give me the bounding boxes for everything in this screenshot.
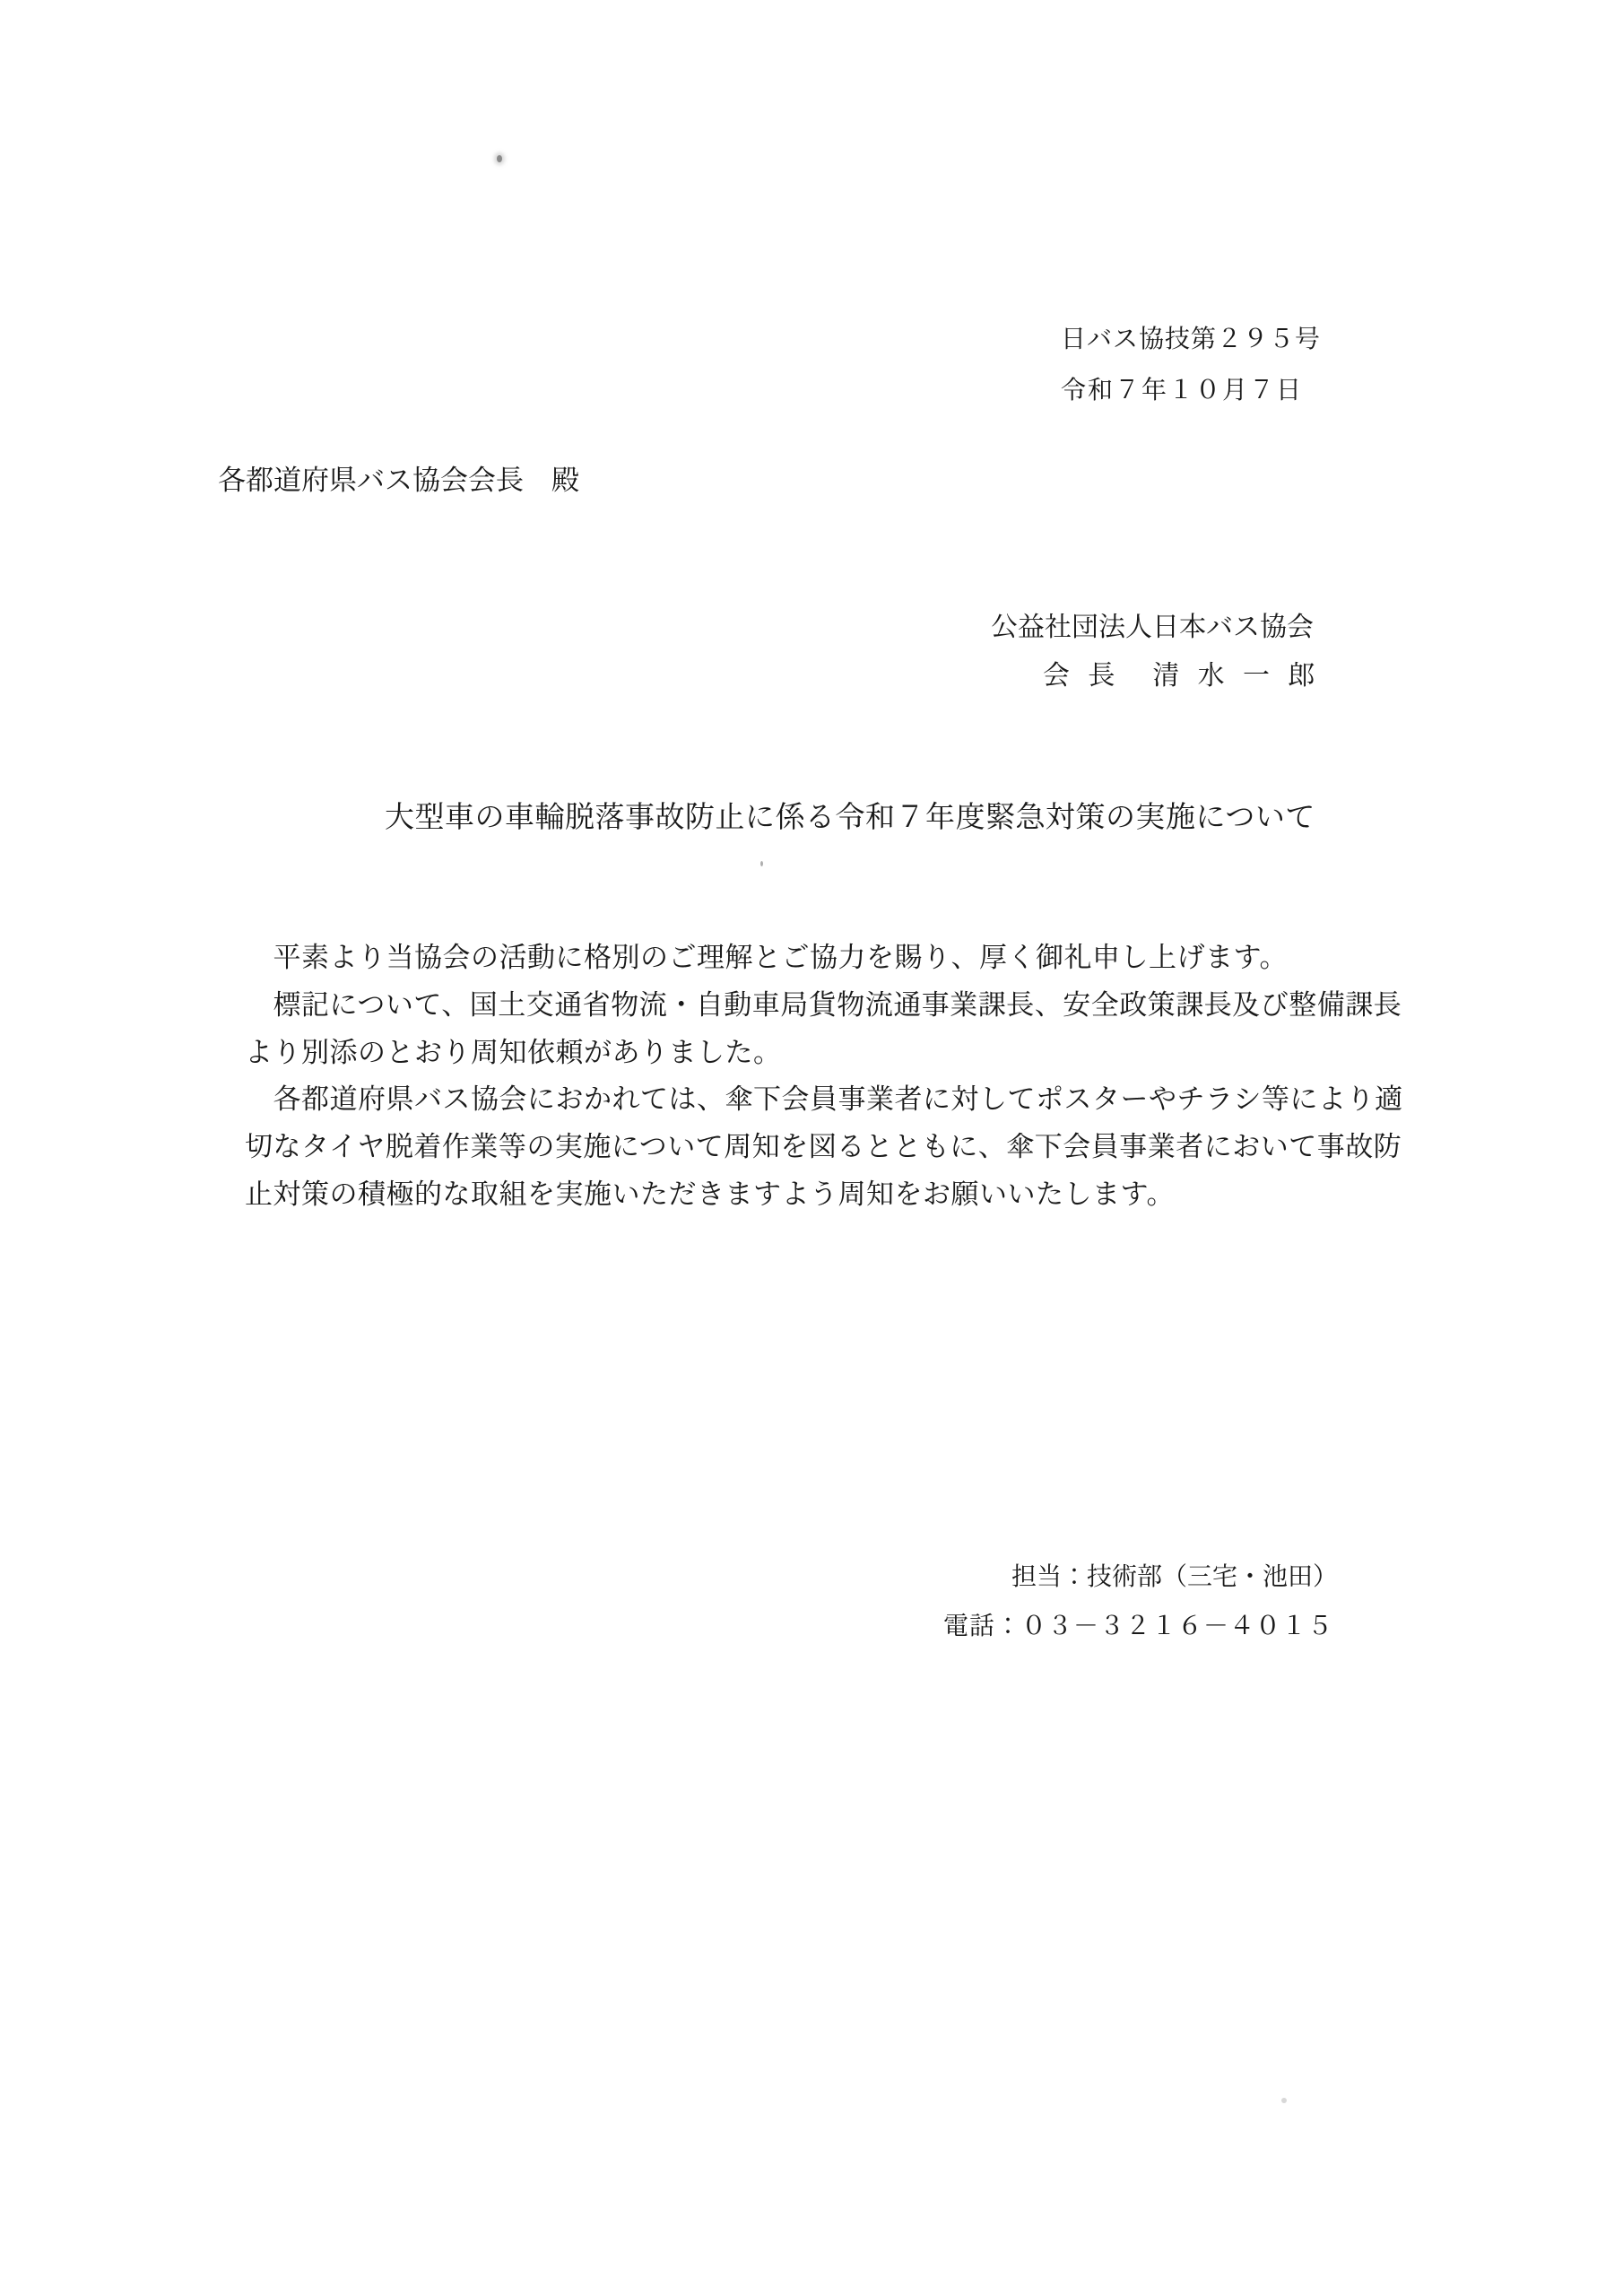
scan-artifact (497, 155, 502, 162)
body-line: 止対策の積極的な取組を実施いただきますよう周知をお願いいたします。 (245, 1171, 1403, 1219)
body-line: 標記について、国土交通省物流・自動車局貨物流通事業課長、安全政策課長及び整備課長 (245, 982, 1403, 1030)
body-line: 切なタイヤ脱着作業等の実施について周知を図るとともに、傘下会員事業者において事故… (245, 1124, 1403, 1171)
scan-artifact (760, 861, 763, 866)
document-date: 令和７年１０月７日 (1061, 378, 1303, 403)
contact-department: 担当：技術部（三宅・池田） (1011, 1564, 1338, 1589)
contact-phone-number: 電話：０３－３２１６－４０１５ (943, 1613, 1333, 1639)
letter-body: 平素より当協会の活動に格別のご理解とご協力を賜り、厚く御礼申し上げます。 標記に… (245, 935, 1403, 1219)
sender-president-name: 会 長 清 水 一 郎 (1043, 663, 1320, 690)
letter-title: 大型車の車輪脱落事故防止に係る令和７年度緊急対策の実施について (385, 802, 1315, 831)
document-number: 日バス協技第２９５号 (1061, 326, 1321, 352)
scan-artifact (1281, 2098, 1287, 2103)
body-line: より別添のとおり周知依頼がありました。 (245, 1030, 1403, 1077)
body-line: 平素より当協会の活動に格別のご理解とご協力を賜り、厚く御礼申し上げます。 (245, 935, 1403, 982)
scanned-letter-page: 日バス協技第２９５号 令和７年１０月７日 各都道府県バス協会会長 殿 公益社団法… (0, 0, 1623, 2296)
addressee: 各都道府県バス協会会長 殿 (218, 466, 579, 494)
body-line: 各都道府県バス協会におかれては、傘下会員事業者に対してポスターやチラシ等により適 (245, 1076, 1403, 1124)
sender-organization: 公益社団法人日本バス協会 (991, 614, 1314, 641)
